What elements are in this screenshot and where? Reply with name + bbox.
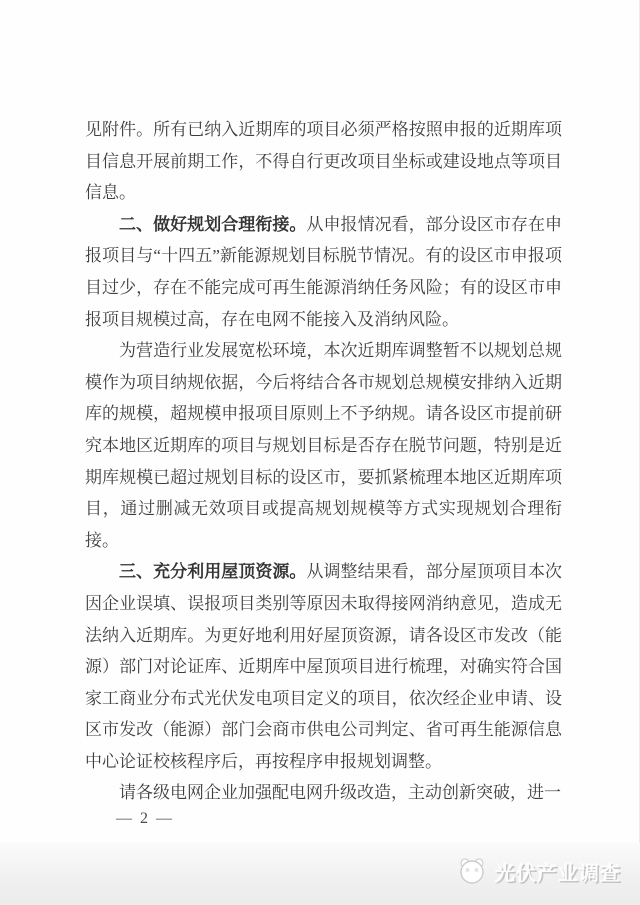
paragraph: 为营造行业发展宽松环境，本次近期库调整暂不以规划总规模作为项目纳规依据，今后将结… xyxy=(85,335,562,556)
paragraph-text-run: 为营造行业发展宽松环境，本次近期库调整暂不以规划总规模作为项目纳规依据，今后将结… xyxy=(85,341,562,550)
paragraph: 见附件。所有已纳入近期库的项目必须严格按照申报的近期库项目信息开展前期工作，不得… xyxy=(85,114,562,209)
document-body: 见附件。所有已纳入近期库的项目必须严格按照申报的近期库项目信息开展前期工作，不得… xyxy=(85,114,562,809)
document-page: 见附件。所有已纳入近期库的项目必须严格按照申报的近期库项目信息开展前期工作，不得… xyxy=(0,0,640,905)
panda-logo-icon xyxy=(457,856,487,886)
paragraph-text-run: 见附件。所有已纳入近期库的项目必须严格按照申报的近期库项目信息开展前期工作，不得… xyxy=(85,120,562,202)
page-number: — 2 — xyxy=(116,810,174,828)
watermark: 光伏产业调查 xyxy=(457,856,621,886)
paragraph-text-run: 请各级电网企业加强配电网升级改造，主动创新突破，进一 xyxy=(119,783,561,802)
paragraph-text-run: 从调整结果看，部分屋顶项目本次因企业误填、误报项目类别等原因未取得接网消纳意见，… xyxy=(85,562,562,771)
paragraph-heading-run: 二、做好规划合理衔接。 xyxy=(119,215,306,234)
paragraph: 三、充分利用屋顶资源。从调整结果看，部分屋顶项目本次因企业误填、误报项目类别等原… xyxy=(85,556,562,777)
paragraph-heading-run: 三、充分利用屋顶资源。 xyxy=(119,562,306,581)
paragraph: 二、做好规划合理衔接。从申报情况看，部分设区市存在申报项目与“十四五”新能源规划… xyxy=(85,209,562,335)
watermark-text: 光伏产业调查 xyxy=(495,857,621,886)
paragraph: 请各级电网企业加强配电网升级改造，主动创新突破，进一 xyxy=(85,777,562,809)
